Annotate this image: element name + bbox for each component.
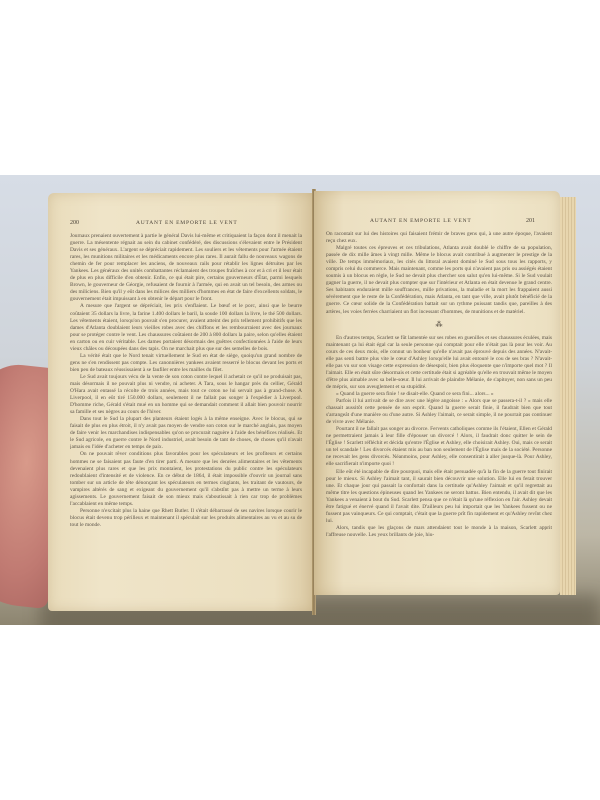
right-page-text: On racontait sur lui des histoires qui f…: [326, 231, 552, 563]
paragraph: Parfois il lui arrivait de se dire avec …: [326, 398, 552, 426]
left-page-number: 200: [70, 220, 79, 226]
left-page: 200 AUTANT EN EMPORTE LE VENT Journaux p…: [48, 193, 314, 611]
paragraph: Dans tout le Sud la plupart des planteur…: [70, 416, 302, 451]
left-running-head: AUTANT EN EMPORTE LE VENT: [136, 220, 238, 226]
paragraph: Pourtant il ne fallait pas songer au div…: [326, 426, 552, 468]
paragraph: Malgré toutes ces épreuves et ces tribul…: [326, 245, 552, 315]
paragraph: Alors, tandis que les glaçons de mars at…: [326, 525, 552, 539]
paragraph: On ne pouvait rêver conditions plus favo…: [70, 451, 302, 507]
right-running-head: AUTANT EN EMPORTE LE VENT: [370, 218, 472, 224]
section-ornament: ⁂: [326, 322, 552, 329]
paragraph: La vérité était que le Nord tenait virtu…: [70, 353, 302, 374]
right-page-number: 201: [526, 218, 535, 224]
paragraph: On racontait sur lui des histoires qui f…: [326, 231, 552, 245]
book-photo: 200 AUTANT EN EMPORTE LE VENT Journaux p…: [0, 175, 600, 625]
paragraph: Elle eût été incapable de dire pourquoi,…: [326, 469, 552, 525]
page-edges: [560, 197, 576, 595]
paragraph: « Quand la guerre sera finie ! se disait…: [326, 391, 552, 398]
paragraph: Le Sud avait toujours vécu de la vente d…: [70, 374, 302, 416]
paragraph: A mesure que l'argent se dépréciait, les…: [70, 303, 302, 352]
right-page: AUTANT EN EMPORTE LE VENT 201 On raconta…: [314, 191, 560, 595]
paragraph: Personne n'excitait plus la haine que Rh…: [70, 508, 302, 529]
paragraph: Journaux prenaient ouvertement à partie …: [70, 233, 302, 303]
left-page-text: Journaux prenaient ouvertement à partie …: [70, 233, 302, 551]
paragraph: En d'autres temps, Scarlett se fût lamen…: [326, 335, 552, 391]
